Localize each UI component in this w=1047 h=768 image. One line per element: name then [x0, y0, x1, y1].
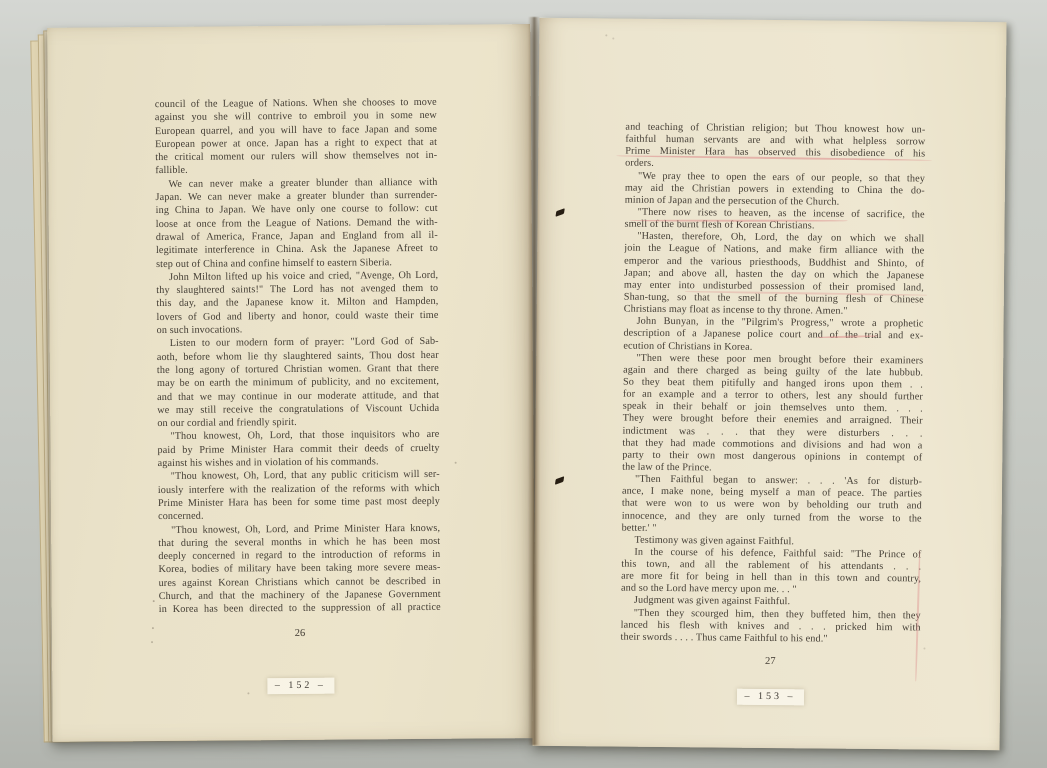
ink-mark [555, 208, 564, 217]
text-line: we may still receive the congratulations… [157, 402, 439, 418]
paper-speck [152, 627, 154, 629]
paper-speck [455, 462, 457, 464]
paper-speck [247, 692, 249, 694]
paper-speck [153, 600, 155, 602]
left-page-text: council of the League of Nations. When s… [155, 96, 441, 617]
paper-speck [923, 647, 925, 649]
pencil-underline-incense [630, 220, 848, 222]
ink-mark [555, 476, 564, 485]
text-line: paid by Prime Minister Hara commit their… [157, 442, 439, 458]
book-gutter [528, 17, 540, 745]
right-page-text: and teaching of Christian religion; but … [621, 122, 926, 647]
left-folio-label: – 152 – [267, 678, 334, 695]
left-folio: – 152 – [159, 677, 441, 695]
text-line: in Korea has been directed to the suppre… [159, 601, 441, 617]
text-line: Prime Minister Hara has been for some ti… [158, 495, 440, 511]
text-line: legitimate interference in China. Ask th… [156, 242, 438, 258]
text-line: lovers of God and liberty and honor, cou… [156, 309, 438, 325]
paper-speck [612, 37, 614, 39]
right-page: and teaching of Christian religion; but … [533, 18, 1007, 750]
paper-speck [605, 34, 607, 36]
left-page-number: 26 [159, 627, 441, 640]
right-folio-label: – 153 – [736, 689, 803, 706]
paper-speck [151, 641, 153, 643]
right-page-number: 27 [620, 655, 920, 669]
right-folio: – 153 – [620, 688, 920, 707]
book-scan-photo: council of the League of Nations. When s… [0, 0, 1047, 768]
left-page: council of the League of Nations. When s… [47, 24, 536, 742]
